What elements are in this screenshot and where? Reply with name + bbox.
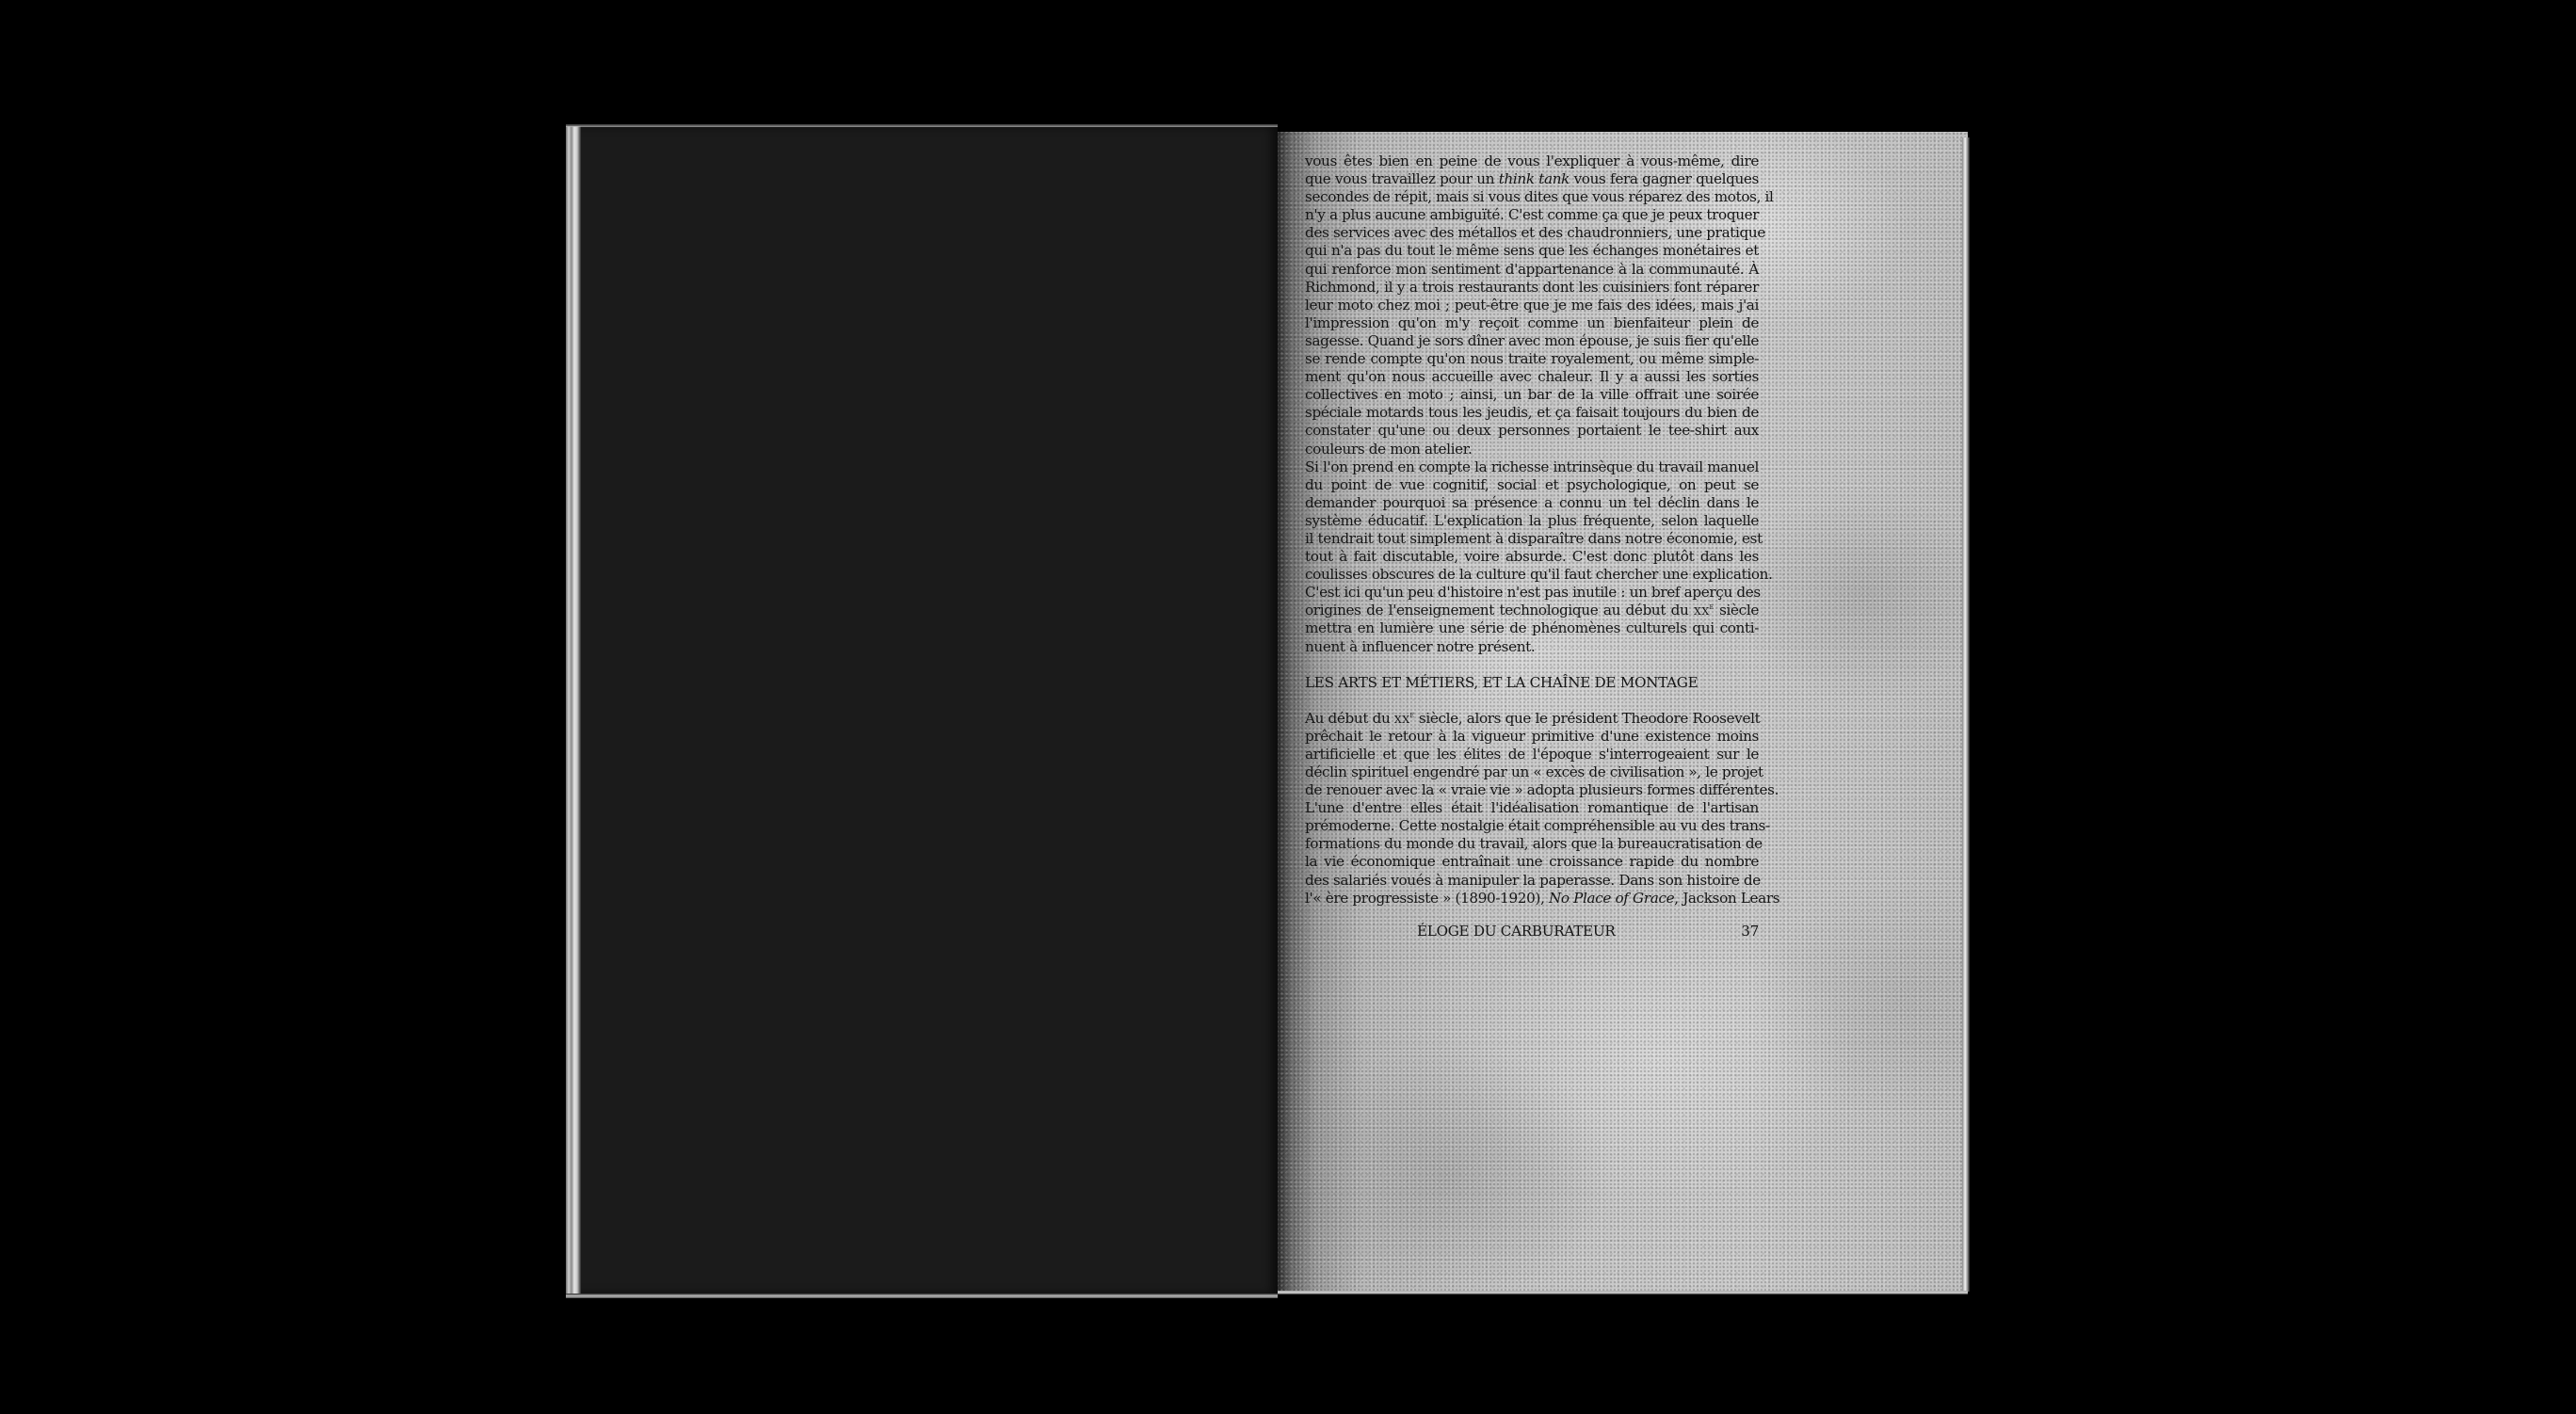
text-line: ment qu'on nous accueille avec chaleur. …: [1305, 368, 1759, 386]
running-title: ÉLOGE DU CARBURATEUR: [1417, 923, 1615, 940]
text-line: que vous travaillez pour un think tank v…: [1305, 170, 1759, 188]
page-stack-edge-right: [1962, 137, 1970, 1292]
text-line: origines de l'enseignement technologique…: [1305, 602, 1759, 619]
text-line: spéciale motards tous les jeudis, et ça …: [1305, 404, 1759, 422]
spacer: [1305, 692, 1759, 710]
page-stack-edge: [566, 126, 581, 1294]
text-line: qui renforce mon sentiment d'appartenanc…: [1305, 261, 1759, 279]
text-line: l'impression qu'on m'y reçoit comme un b…: [1305, 314, 1759, 332]
paragraph-2: Si l'on prend en compte la richesse intr…: [1305, 458, 1759, 656]
text-line: système éducatif. L'explication la plus …: [1305, 512, 1759, 530]
text-line: coulisses obscures de la culture qu'il f…: [1305, 566, 1759, 584]
page-bottom-edge: [566, 1293, 1278, 1298]
text-line: sagesse. Quand je sors dîner avec mon ép…: [1305, 332, 1759, 350]
text-line: prémoderne. Cette nostalgie était compré…: [1305, 817, 1759, 835]
text-line: des salariés voués à manipuler la papera…: [1305, 872, 1759, 890]
text-line: leur moto chez moi ; peut-être que je me…: [1305, 297, 1759, 314]
left-page-blank: [566, 126, 1278, 1294]
page-bottom-edge-right: [1278, 1291, 1968, 1294]
paragraph-1: vous êtes bien en peine de vous l'expliq…: [1305, 153, 1759, 458]
right-page: vous êtes bien en peine de vous l'expliq…: [1278, 132, 1968, 1292]
text-line: de renouer avec la « vraie vie » adopta …: [1305, 781, 1759, 799]
text-line: Au début du xxe siècle, alors que le pré…: [1305, 710, 1759, 728]
text-line: il tendrait tout simplement à disparaîtr…: [1305, 530, 1759, 548]
text-line: secondes de répit, mais si vous dites qu…: [1305, 188, 1759, 206]
text-line: artificielle et que les élites de l'époq…: [1305, 746, 1759, 763]
text-line: collectives en moto ; ainsi, un bar de l…: [1305, 386, 1759, 404]
text-line: couleurs de mon atelier.: [1305, 441, 1759, 458]
text-line: du point de vue cognitif, social et psyc…: [1305, 476, 1759, 494]
text-line: formations du monde du travail, alors qu…: [1305, 835, 1759, 853]
text-line: constater qu'une ou deux personnes porta…: [1305, 422, 1759, 440]
text-line: L'une d'entre elles était l'idéalisation…: [1305, 799, 1759, 817]
page-top-edge: [566, 124, 1278, 127]
book-spread: vous êtes bien en peine de vous l'expliq…: [0, 0, 2576, 1414]
page-footer: ÉLOGE DU CARBURATEUR 37: [1305, 923, 1759, 943]
body-text: vous êtes bien en peine de vous l'expliq…: [1305, 153, 1759, 908]
text-line: qui n'a pas du tout le même sens que les…: [1305, 242, 1759, 260]
text-line: se rende compte qu'on nous traite royale…: [1305, 350, 1759, 368]
text-line: mettra en lumière une série de phénomène…: [1305, 619, 1759, 637]
text-line: vous êtes bien en peine de vous l'expliq…: [1305, 153, 1759, 170]
text-line: prêchait le retour à la vigueur primitiv…: [1305, 728, 1759, 746]
paragraph-3: Au début du xxe siècle, alors que le pré…: [1305, 710, 1759, 908]
text-line: Richmond, il y a trois restaurants dont …: [1305, 279, 1759, 297]
text-line: des services avec des métallos et des ch…: [1305, 224, 1759, 242]
text-line: l'« ère progressiste » (1890-1920), No P…: [1305, 890, 1759, 908]
text-line: Si l'on prend en compte la richesse intr…: [1305, 458, 1759, 476]
text-line: n'y a plus aucune ambiguïté. C'est comme…: [1305, 206, 1759, 224]
text-line: tout à fait discutable, voire absurde. C…: [1305, 548, 1759, 566]
text-line: déclin spirituel engendré par un « excès…: [1305, 763, 1759, 781]
text-line: la vie économique entraînait une croissa…: [1305, 853, 1759, 871]
text-line: nuent à influencer notre présent.: [1305, 638, 1759, 656]
spacer: [1305, 656, 1759, 674]
text-line: C'est ici qu'un peu d'histoire n'est pas…: [1305, 584, 1759, 602]
text-line: demander pourquoi sa présence a connu un…: [1305, 494, 1759, 512]
section-heading: LES ARTS ET MÉTIERS, ET LA CHAÎNE DE MON…: [1305, 674, 1759, 692]
page-number: 37: [1741, 923, 1759, 940]
